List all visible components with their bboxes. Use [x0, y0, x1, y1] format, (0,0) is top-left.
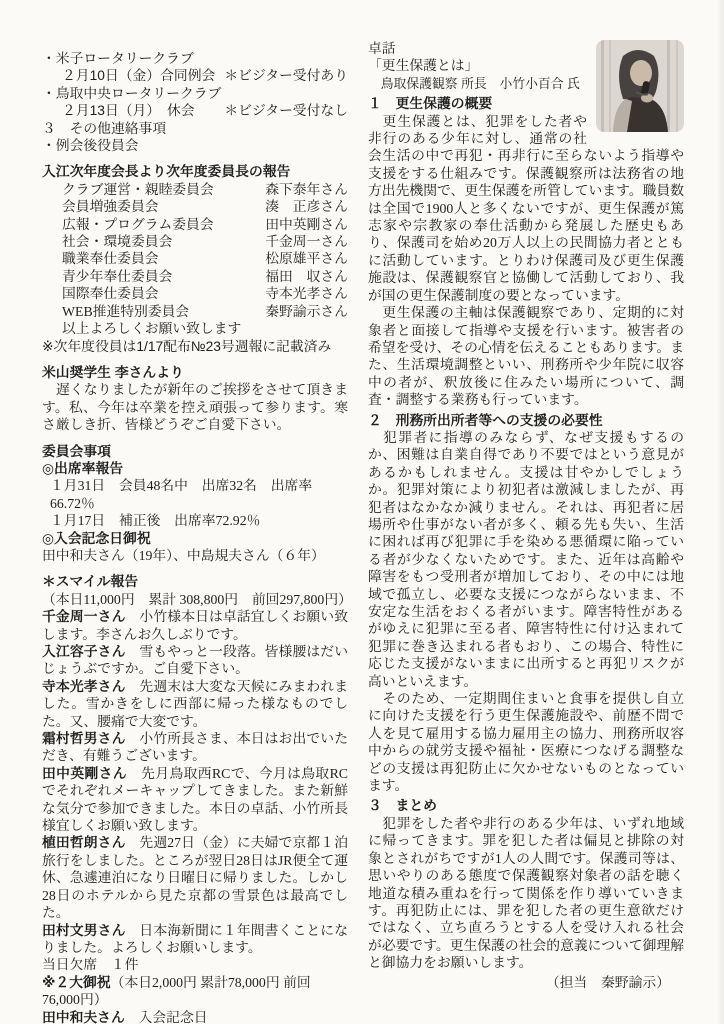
committee-name: 国際奉仕委員会	[62, 285, 159, 302]
smile-entry: 千金周一さん 小竹様本日は卓話宜しくお願い致します。李さんお久しぶりです。	[42, 608, 348, 643]
smile-report-section: ＊スマイル報告 （本日11,000円 累計 308,800円 前回297,800…	[42, 573, 348, 1024]
chair-name: 松原雄平さん	[265, 250, 348, 267]
committee-name: 職業奉仕委員会	[62, 250, 159, 267]
smile-summary: （本日11,000円 累計 308,800円 前回297,800円）	[42, 591, 348, 608]
committee-row: 社会・環境委員会 千金周一さん	[42, 233, 348, 250]
committee-row: 広報・プログラム委員会 田中英剛さん	[42, 216, 348, 233]
committee-name: 会員増強委員会	[62, 198, 159, 215]
section-title: ＊スマイル報告	[42, 573, 348, 590]
chair-name: 秦野諭示さん	[265, 303, 348, 320]
chair-name: 湊 正彦さん	[265, 198, 348, 215]
member-name: 霜村哲男さん	[42, 731, 126, 746]
scholar-greeting-body: 遅くなりましたが新年のご挨拶をさせて頂きます。私、今年は卒業を控え頑張って参りま…	[42, 381, 348, 433]
right-column: 卓話 「更生保護とは」 鳥取保護観察 所長 小竹小百合 氏 １ 更生保護の概要 …	[368, 40, 684, 991]
newsletter-page: ・米子ロータリークラブ ２月10日（金）合同例会 ＊ビジター受付あり ・鳥取中央…	[0, 0, 724, 1024]
club-notice-row: ２月10日（金）合同例会 ＊ビジター受付あり	[42, 67, 348, 84]
member-name: 植田哲朗さん	[42, 835, 126, 850]
member-name: 入江容子さん	[42, 644, 126, 659]
smile-entry: 田村文男さん 日本海新聞に１年間書くことになりました。よろしくお願いします。	[42, 922, 348, 957]
grand-celebration-label: ※２大御祝	[42, 975, 111, 990]
committee-row: 青少年奉仕委員会 福田 収さん	[42, 268, 348, 285]
committee-row: 国際奉仕委員会 寺本光孝さん	[42, 285, 348, 302]
member-name: 寺本光孝さん	[42, 679, 126, 694]
visitor-note: ＊ビジター受付なし	[224, 102, 348, 119]
board-meeting-item: ・例会後役員会	[42, 137, 348, 154]
takuwa-paragraph: 更生保護の主軸は保護観察であり、定期的に対象者と面接して指導や支援を行います。被…	[368, 304, 684, 408]
absent-line: 当日欠席 １件	[42, 956, 348, 973]
other-notices-title: ３ その他連絡事項	[42, 120, 348, 137]
takuwa-section-title: ３ まとめ	[368, 797, 684, 814]
committee-row: クラブ運営・親睦委員会 森下泰年さん	[42, 181, 348, 198]
member-name: 田中和夫さん	[42, 1010, 125, 1024]
takuwa-section-title: ２ 刑務所出所者等への支援の必要性	[368, 412, 684, 429]
attendance-report-title: ◎出席率報告	[42, 460, 348, 477]
notice-date: ２月10日（金）合同例会	[62, 67, 215, 84]
member-name: 田中英剛さん	[42, 766, 127, 781]
member-name: 田村文男さん	[42, 923, 126, 938]
committee-row: 会員増強委員会 湊 正彦さん	[42, 198, 348, 215]
attendance-line: １月17日 補正後 出席率72.92％	[42, 512, 348, 529]
committee-matters-section: 委員会事項 ◎出席率報告 １月31日 会員48名中 出席32名 出席率66.72…	[42, 443, 348, 565]
member-anniversary-line: 田中和夫さん 入会記念日	[42, 1009, 348, 1024]
notice-date: ２月13日（月） 休会	[62, 102, 195, 119]
grand-celebration-line: ※２大御祝（本日2,000円 累計78,000円 前回76,000円）	[42, 974, 348, 1009]
speaker-photo	[587, 40, 684, 142]
attendance-line: １月31日 会員48名中 出席32名 出席率66.72％	[42, 477, 348, 512]
club-notices-section: ・米子ロータリークラブ ２月10日（金）合同例会 ＊ビジター受付あり ・鳥取中央…	[42, 50, 348, 154]
committee-name: WEB推進特別委員会	[62, 303, 189, 320]
anniversary-line: 田中和夫さん（19年）、中島規夫さん（６年）	[42, 547, 348, 564]
chair-name: 森下泰年さん	[265, 181, 348, 198]
takuwa-paragraph: そのため、一定期間住まいと食事を提供し自立に向けた支援を行う更生保護施設や、前歴…	[368, 690, 684, 794]
visitor-note: ＊ビジター受付あり	[224, 67, 348, 84]
committee-name: 社会・環境委員会	[62, 233, 172, 250]
left-column: ・米子ロータリークラブ ２月10日（金）合同例会 ＊ビジター受付あり ・鳥取中央…	[42, 50, 348, 1024]
takuwa-paragraph: 犯罪者に指導のみならず、なぜ支援もするのか、困難は自業自得であり不要ではという意…	[368, 429, 684, 690]
section-title: 委員会事項	[42, 443, 348, 460]
smile-entry: 寺本光孝さん 先週末は大変な天候にみまわれました。雪かきをしに西部に帰った様なも…	[42, 678, 348, 730]
smile-entry: 入江容子さん 雪もやっと一段落。皆様腰はだいじょうぶですか。ご自愛下さい。	[42, 643, 348, 678]
committee-name: クラブ運営・親睦委員会	[62, 181, 214, 198]
officers-note: ※次年度役員は1/17配布№23号週報に記載済み	[42, 338, 348, 355]
chair-name: 田中英剛さん	[265, 216, 348, 233]
member-name: 千金周一さん	[42, 609, 126, 624]
smile-entry: 植田哲朗さん 先週27日（金）に夫婦で京都１泊旅行をしました。ところが翌日28日…	[42, 834, 348, 921]
club-notice-name: ・米子ロータリークラブ	[42, 50, 348, 67]
smile-entry: 霜村哲男さん 小竹所長さま、本日はお出でいただき、有難うございます。	[42, 730, 348, 765]
chair-name: 福田 収さん	[265, 268, 348, 285]
anniversary-title: ◎入会記念日御祝	[42, 530, 348, 547]
chair-name: 寺本光孝さん	[265, 285, 348, 302]
anniversary-event: 入会記念日	[125, 1010, 208, 1024]
scan-edge-shadow	[716, 0, 724, 1024]
committee-row: 職業奉仕委員会 松原雄平さん	[42, 250, 348, 267]
credit-line: （担当 秦野諭示）	[368, 974, 684, 991]
section-title: 入江次年度会長より次年度委員長の報告	[42, 163, 348, 180]
takuwa-paragraph: 犯罪をした者や非行のある少年は、いずれ地域に帰ってきます。罪を犯した者は偏見と排…	[368, 815, 684, 972]
closing-line: 以上よろしくお願い致します	[42, 320, 348, 337]
club-notice-row: ２月13日（月） 休会 ＊ビジター受付なし	[42, 102, 348, 119]
committee-name: 広報・プログラム委員会	[62, 216, 214, 233]
club-notice-name: ・鳥取中央ロータリークラブ	[42, 85, 348, 102]
committee-name: 青少年奉仕委員会	[62, 268, 172, 285]
section-title: 米山奨学生 李さんより	[42, 364, 348, 381]
chair-name: 千金周一さん	[265, 233, 348, 250]
smile-entry: 田中英剛さん 先月鳥取西RCで、今月は鳥取RCでそれぞれメーキャップしてきました…	[42, 765, 348, 835]
scholar-greeting-section: 米山奨学生 李さんより 遅くなりましたが新年のご挨拶をさせて頂きます。私、今年は…	[42, 364, 348, 434]
next-year-committee-section: 入江次年度会長より次年度委員長の報告 クラブ運営・親睦委員会 森下泰年さん 会員…	[42, 163, 348, 354]
committee-row: WEB推進特別委員会 秦野諭示さん	[42, 303, 348, 320]
